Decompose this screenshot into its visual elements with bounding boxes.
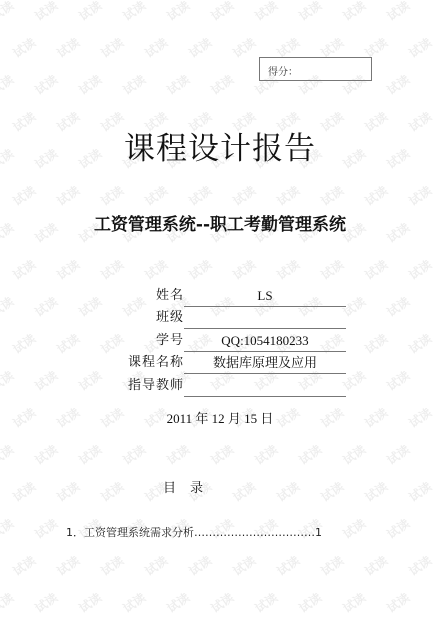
watermark-text: 试读 bbox=[97, 478, 126, 506]
watermark-text: 试读 bbox=[0, 0, 17, 24]
watermark-text: 试读 bbox=[295, 441, 324, 469]
watermark-text: 试读 bbox=[9, 182, 38, 210]
watermark-text: 试读 bbox=[207, 589, 236, 617]
watermark-text: 试读 bbox=[119, 0, 148, 24]
watermark-text: 试读 bbox=[339, 0, 368, 24]
toc-item-page: 1 bbox=[315, 526, 322, 539]
info-label: 课程名称 bbox=[128, 351, 184, 370]
watermark-text: 试读 bbox=[75, 71, 104, 99]
score-label: 得分： bbox=[268, 63, 298, 78]
watermark-text: 试读 bbox=[31, 441, 60, 469]
info-value: QQ:1054180233 bbox=[184, 333, 346, 349]
watermark-text: 试读 bbox=[9, 478, 38, 506]
watermark-text: 试读 bbox=[0, 589, 17, 617]
watermark-text: 试读 bbox=[361, 478, 390, 506]
watermark-text: 试读 bbox=[361, 330, 390, 358]
watermark-text: 试读 bbox=[185, 256, 214, 284]
info-label: 学号 bbox=[156, 329, 184, 348]
watermark-text: 试读 bbox=[0, 71, 17, 99]
watermark-text: 试读 bbox=[383, 515, 412, 543]
watermark-text: 试读 bbox=[317, 478, 346, 506]
info-row-class: 班级 bbox=[100, 306, 360, 328]
watermark-text: 试读 bbox=[31, 515, 60, 543]
watermark-text: 试读 bbox=[119, 441, 148, 469]
watermark-text: 试读 bbox=[207, 71, 236, 99]
info-row-student-id: 学号 QQ:1054180233 bbox=[100, 329, 360, 351]
watermark-text: 试读 bbox=[31, 293, 60, 321]
toc-heading: 目录 bbox=[163, 477, 217, 496]
watermark-text: 试读 bbox=[229, 552, 258, 580]
toc-item[interactable]: 1．工资管理系统需求分析……………………………1 bbox=[66, 524, 322, 540]
watermark-text: 试读 bbox=[317, 182, 346, 210]
watermark-text: 试读 bbox=[251, 441, 280, 469]
watermark-text: 试读 bbox=[273, 478, 302, 506]
watermark-text: 试读 bbox=[405, 256, 434, 284]
watermark-text: 试读 bbox=[405, 552, 434, 580]
info-value: 数据库原理及应用 bbox=[184, 352, 346, 371]
watermark-text: 试读 bbox=[75, 589, 104, 617]
watermark-text: 试读 bbox=[9, 330, 38, 358]
watermark-text: 试读 bbox=[383, 367, 412, 395]
watermark-text: 试读 bbox=[361, 552, 390, 580]
watermark-text: 试读 bbox=[295, 0, 324, 24]
score-box: 得分： bbox=[259, 57, 372, 81]
watermark-text: 试读 bbox=[229, 478, 258, 506]
watermark-text: 试读 bbox=[9, 256, 38, 284]
watermark-text: 试读 bbox=[53, 34, 82, 62]
report-title: 课程设计报告 bbox=[0, 123, 440, 168]
watermark-text: 试读 bbox=[75, 441, 104, 469]
watermark-text: 试读 bbox=[163, 441, 192, 469]
watermark-text: 试读 bbox=[97, 34, 126, 62]
watermark-text: 试读 bbox=[383, 293, 412, 321]
watermark-text: 试读 bbox=[229, 182, 258, 210]
watermark-text: 试读 bbox=[185, 552, 214, 580]
watermark-text: 试读 bbox=[229, 34, 258, 62]
watermark-text: 试读 bbox=[361, 182, 390, 210]
underline bbox=[184, 396, 346, 397]
info-row-advisor: 指导教师 bbox=[100, 374, 360, 396]
toc-heading-char: 目 bbox=[163, 481, 176, 496]
toc-item-leader: …………………………… bbox=[194, 526, 315, 539]
watermark-text: 试读 bbox=[97, 256, 126, 284]
watermark-text: 试读 bbox=[0, 515, 17, 543]
watermark-text: 试读 bbox=[53, 330, 82, 358]
watermark-text: 试读 bbox=[31, 589, 60, 617]
toc-item-text: 工资管理系统需求分析 bbox=[84, 526, 194, 539]
watermark-text: 试读 bbox=[141, 256, 170, 284]
watermark-text: 试读 bbox=[383, 0, 412, 24]
watermark-text: 试读 bbox=[31, 71, 60, 99]
watermark-text: 试读 bbox=[317, 256, 346, 284]
watermark-text: 试读 bbox=[141, 182, 170, 210]
watermark-text: 试读 bbox=[97, 552, 126, 580]
watermark-text: 试读 bbox=[339, 441, 368, 469]
watermark-text: 试读 bbox=[339, 589, 368, 617]
watermark-text: 试读 bbox=[0, 441, 17, 469]
watermark-text: 试读 bbox=[119, 71, 148, 99]
info-row-course: 课程名称 数据库原理及应用 bbox=[100, 351, 360, 373]
watermark-text: 试读 bbox=[53, 182, 82, 210]
watermark-text: 试读 bbox=[75, 0, 104, 24]
watermark-text: 试读 bbox=[405, 34, 434, 62]
watermark-text: 试读 bbox=[53, 552, 82, 580]
watermark-text: 试读 bbox=[383, 589, 412, 617]
watermark-text: 试读 bbox=[9, 34, 38, 62]
watermark-text: 试读 bbox=[207, 441, 236, 469]
watermark-text: 试读 bbox=[295, 589, 324, 617]
watermark-text: 试读 bbox=[207, 0, 236, 24]
watermark-text: 试读 bbox=[97, 182, 126, 210]
watermark-text: 试读 bbox=[317, 552, 346, 580]
watermark-text: 试读 bbox=[31, 367, 60, 395]
watermark-text: 试读 bbox=[251, 0, 280, 24]
toc-item-number: 1． bbox=[66, 526, 84, 539]
watermark-text: 试读 bbox=[405, 330, 434, 358]
watermark-text: 试读 bbox=[119, 589, 148, 617]
info-label: 班级 bbox=[156, 306, 184, 325]
watermark-text: 试读 bbox=[185, 182, 214, 210]
watermark-text: 试读 bbox=[53, 256, 82, 284]
watermark-text: 试读 bbox=[273, 256, 302, 284]
watermark-text: 试读 bbox=[0, 293, 17, 321]
watermark-text: 试读 bbox=[163, 589, 192, 617]
watermark-text: 试读 bbox=[339, 515, 368, 543]
watermark-text: 试读 bbox=[273, 182, 302, 210]
watermark-text: 试读 bbox=[405, 182, 434, 210]
watermark-text: 试读 bbox=[163, 71, 192, 99]
watermark-text: 试读 bbox=[31, 0, 60, 24]
watermark-text: 试读 bbox=[141, 34, 170, 62]
watermark-text: 试读 bbox=[273, 552, 302, 580]
info-label: 姓名 bbox=[156, 284, 184, 303]
watermark-text: 试读 bbox=[53, 478, 82, 506]
report-date: 2011 年 12 月 15 日 bbox=[0, 408, 440, 427]
info-value: LS bbox=[184, 288, 346, 304]
watermark-text: 试读 bbox=[251, 589, 280, 617]
info-label: 指导教师 bbox=[128, 374, 184, 393]
watermark-text: 试读 bbox=[163, 0, 192, 24]
watermark-text: 试读 bbox=[383, 441, 412, 469]
watermark-text: 试读 bbox=[383, 71, 412, 99]
watermark-text: 试读 bbox=[0, 367, 17, 395]
report-subtitle: 工资管理系统--职工考勤管理系统 bbox=[0, 210, 440, 235]
watermark-text: 试读 bbox=[141, 552, 170, 580]
watermark-text: 试读 bbox=[229, 256, 258, 284]
info-row-name: 姓名 LS bbox=[100, 284, 360, 306]
watermark-text: 试读 bbox=[361, 256, 390, 284]
toc-heading-char: 录 bbox=[190, 481, 203, 496]
watermark-text: 试读 bbox=[405, 478, 434, 506]
watermark-text: 试读 bbox=[9, 552, 38, 580]
watermark-text: 试读 bbox=[185, 34, 214, 62]
